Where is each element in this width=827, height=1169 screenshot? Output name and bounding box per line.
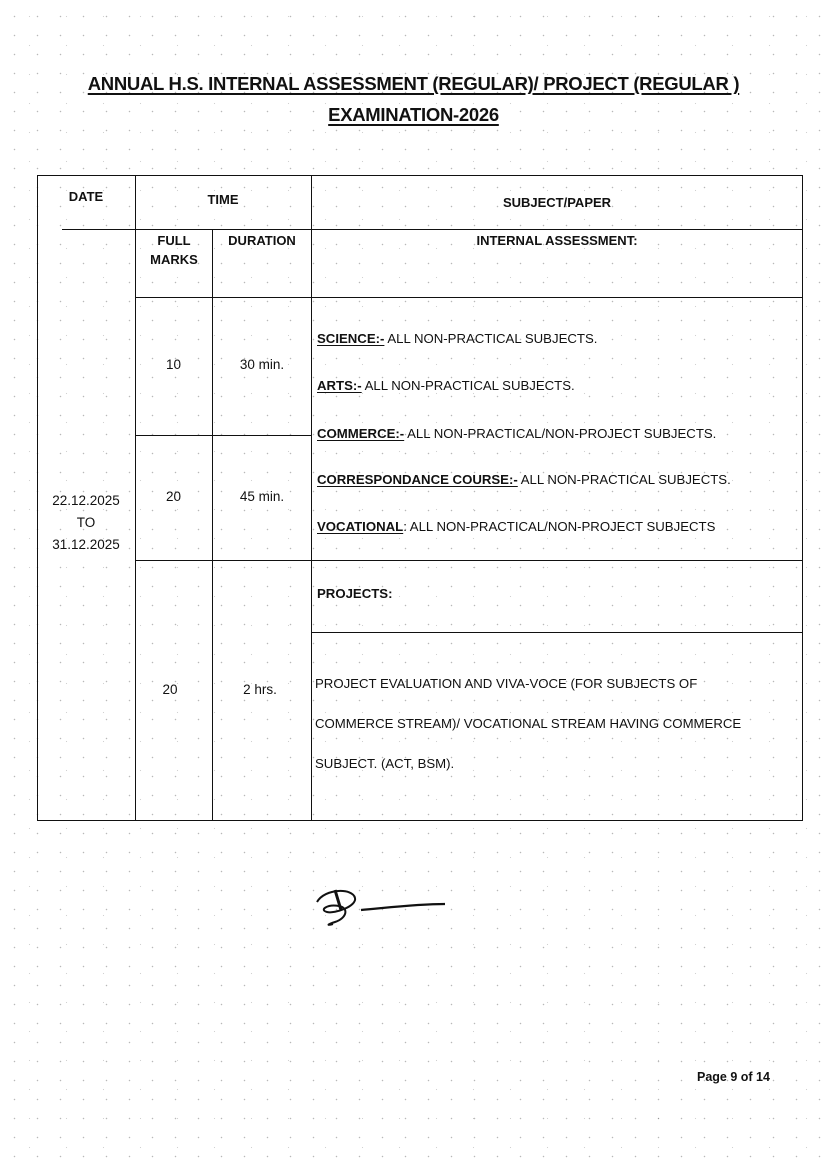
- date-from: 22.12.2025: [52, 490, 120, 512]
- projects-description: PROJECT EVALUATION AND VIVA-VOCE (FOR SU…: [315, 664, 795, 784]
- date-range: 22.12.2025 TO 31.12.2025: [37, 490, 135, 556]
- slot-2-full-marks: 20: [135, 487, 212, 507]
- slot-1-full-marks: 10: [135, 355, 212, 375]
- projects-line-2: COMMERCE STREAM)/ VOCATIONAL STREAM HAVI…: [315, 704, 795, 744]
- row-divider-projects-body: [311, 632, 803, 633]
- document-subtitle: EXAMINATION-2026: [0, 104, 827, 126]
- page-number: Page 9 of 14: [697, 1070, 770, 1084]
- table-border-right: [802, 175, 803, 821]
- signature-icon: [305, 880, 455, 940]
- projects-line-1: PROJECT EVALUATION AND VIVA-VOCE (FOR SU…: [315, 664, 795, 704]
- projects-duration: 2 hrs.: [212, 680, 308, 700]
- internal-assessment-heading: INTERNAL ASSESSMENT:: [311, 230, 803, 252]
- projects-full-marks: 20: [135, 680, 205, 700]
- subject-arts: ARTS:- ALL NON-PRACTICAL SUBJECTS.: [317, 378, 575, 393]
- slot-2-duration: 45 min.: [212, 487, 312, 507]
- date-connector: TO: [77, 512, 96, 534]
- header-date: DATE: [37, 175, 135, 220]
- date-to: 31.12.2025: [52, 534, 120, 556]
- header-subject-paper: SUBJECT/PAPER: [311, 178, 803, 228]
- subject-science: SCIENCE:- ALL NON-PRACTICAL SUBJECTS.: [317, 331, 597, 346]
- header-time: TIME: [135, 175, 311, 225]
- subject-commerce: COMMERCE:- ALL NON-PRACTICAL/NON-PROJECT…: [317, 426, 716, 441]
- subject-vocational: VOCATIONAL: ALL NON-PRACTICAL/NON-PROJEC…: [317, 519, 715, 534]
- document-title: ANNUAL H.S. INTERNAL ASSESSMENT (REGULAR…: [0, 73, 827, 95]
- projects-heading: PROJECTS:: [317, 586, 392, 601]
- slot-1-duration: 30 min.: [212, 355, 312, 375]
- row-divider-projects: [135, 560, 803, 561]
- projects-line-3: SUBJECT. (ACT, BSM).: [315, 744, 795, 784]
- header-full-marks: FULL MARKS: [140, 232, 208, 272]
- header-duration: DURATION: [212, 230, 312, 252]
- table-border-bottom: [37, 820, 803, 821]
- subject-correspondance: CORRESPONDANCE COURSE:- ALL NON-PRACTICA…: [317, 472, 731, 487]
- row-divider-slot: [135, 435, 312, 436]
- col-divider-marks: [212, 230, 213, 821]
- row-divider-subheader: [135, 297, 803, 298]
